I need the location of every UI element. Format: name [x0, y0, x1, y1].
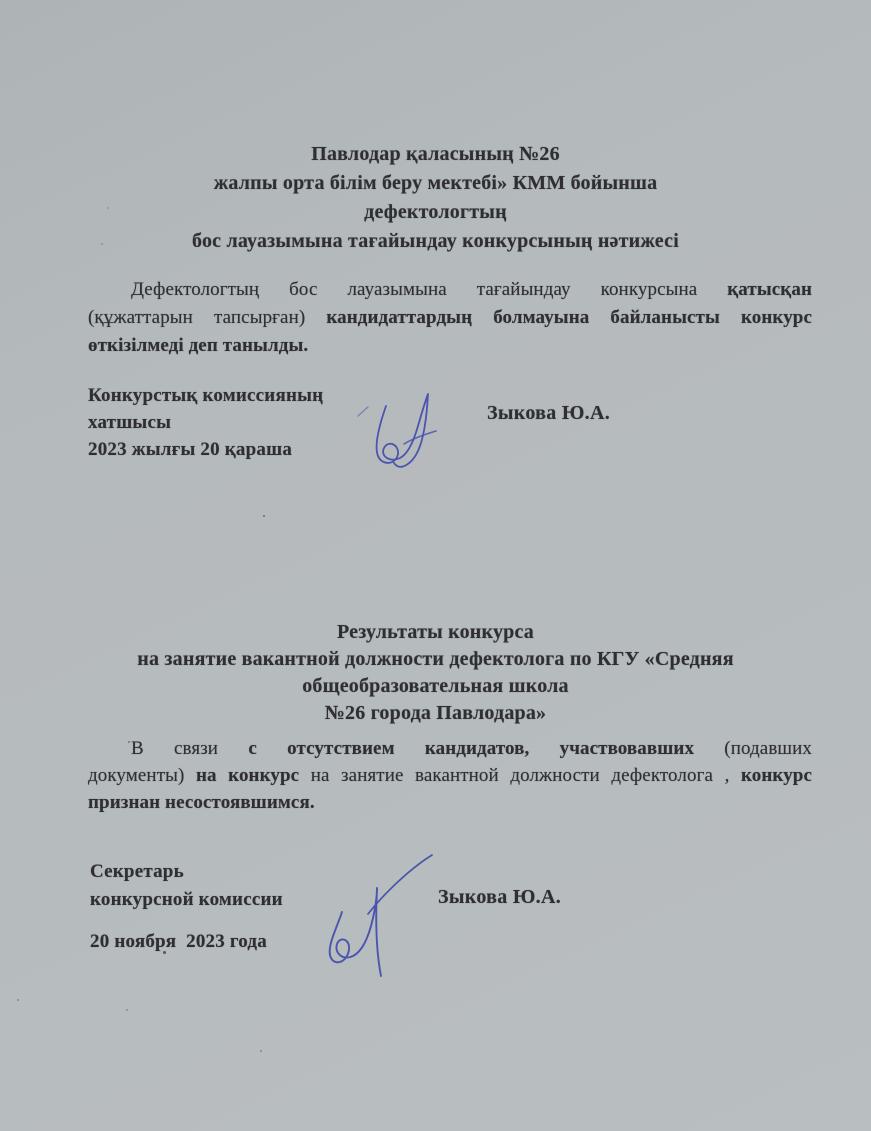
- scan-speck: [263, 515, 265, 517]
- scanned-document-page: Павлодар қаласының №26 жалпы орта білім …: [0, 0, 871, 1131]
- scan-speck: [126, 1009, 128, 1011]
- text-run: В связи: [131, 738, 248, 759]
- text-run-bold: конкурс: [741, 765, 812, 786]
- paragraph-line: Дефектологтың бос лауазымына тағайындау …: [88, 276, 812, 304]
- russian-title-line-3: общеобразовательная школа: [0, 673, 871, 700]
- paragraph-line: признан несостоявшимся.: [88, 789, 812, 816]
- kazakh-signature-name: Зыкова Ю.А.: [487, 402, 610, 425]
- kazakh-title-line-3: дефектологтың: [0, 198, 871, 227]
- kazakh-signature-block: Конкурстық комиссияның хатшысы 2023 жылғ…: [88, 382, 323, 463]
- paragraph-line: документы) на конкурс на занятие вакантн…: [88, 762, 812, 789]
- handwritten-signature-russian: [318, 850, 442, 980]
- text-run-bold: признан несостоявшимся.: [88, 792, 315, 813]
- scan-speck: [107, 207, 109, 209]
- russian-signature-block: Секретарь конкурсной комиссии: [90, 858, 283, 914]
- text-run: Дефектологтың бос лауазымына тағайындау …: [131, 279, 727, 300]
- text-run-bold: кандидаттардың болмауына байланысты конк…: [326, 307, 812, 328]
- russian-signature-name: Зыкова Ю.А.: [438, 886, 561, 909]
- russian-signature-role-line-1: Секретарь: [90, 858, 283, 886]
- russian-title-line-2: на занятие вакантной должности дефектоло…: [0, 646, 871, 673]
- paragraph-line: (құжаттарын тапсырған) кандидаттардың бо…: [88, 304, 812, 332]
- paragraph-line: өткізілмеді деп танылды.: [88, 332, 812, 360]
- text-run: (құжаттарын тапсырған): [88, 307, 326, 328]
- text-run-bold: өткізілмеді деп танылды.: [88, 335, 308, 356]
- russian-title-line-4: №26 города Павлодара»: [0, 700, 871, 727]
- kazakh-title-line-1: Павлодар қаласының №26: [0, 140, 871, 169]
- text-run-bold: на конкурс: [196, 765, 299, 786]
- text-run: документы): [88, 765, 196, 786]
- scan-speck: [128, 741, 130, 743]
- russian-paragraph: В связи с отсутствием кандидатов, участв…: [88, 735, 812, 816]
- kazakh-signature-role-line-1: Конкурстық комиссияның: [88, 382, 323, 409]
- kazakh-signature-date: 2023 жылғы 20 қараша: [88, 436, 323, 463]
- scan-speck: [101, 243, 103, 245]
- text-run: на занятие вакантной должности дефектоло…: [299, 765, 741, 786]
- paragraph-line: В связи с отсутствием кандидатов, участв…: [88, 735, 812, 762]
- scan-speck: [163, 951, 166, 954]
- russian-title-line-1: Результаты конкурса: [0, 619, 871, 646]
- kazakh-paragraph: Дефектологтың бос лауазымына тағайындау …: [88, 276, 812, 360]
- handwritten-signature-kazakh: [352, 386, 452, 471]
- russian-signature-date: 20 ноября 2023 года: [90, 928, 267, 955]
- text-run-bold: с отсутствием кандидатов, участвовавших: [248, 738, 724, 759]
- kazakh-signature-role-line-2: хатшысы: [88, 409, 323, 436]
- kazakh-title-line-2: жалпы орта білім беру мектебі» КММ бойын…: [0, 169, 871, 198]
- kazakh-title-line-4: бос лауазымына тағайындау конкурсының нә…: [0, 227, 871, 256]
- scan-speck: [260, 1050, 262, 1052]
- russian-signature-role-line-2: конкурсной комиссии: [90, 886, 283, 914]
- text-run-bold: қатысқан: [727, 279, 812, 300]
- russian-title: Результаты конкурса на занятие вакантной…: [0, 619, 871, 727]
- scan-speck: [17, 999, 19, 1001]
- kazakh-title: Павлодар қаласының №26 жалпы орта білім …: [0, 140, 871, 256]
- text-run: (подавших: [724, 738, 812, 759]
